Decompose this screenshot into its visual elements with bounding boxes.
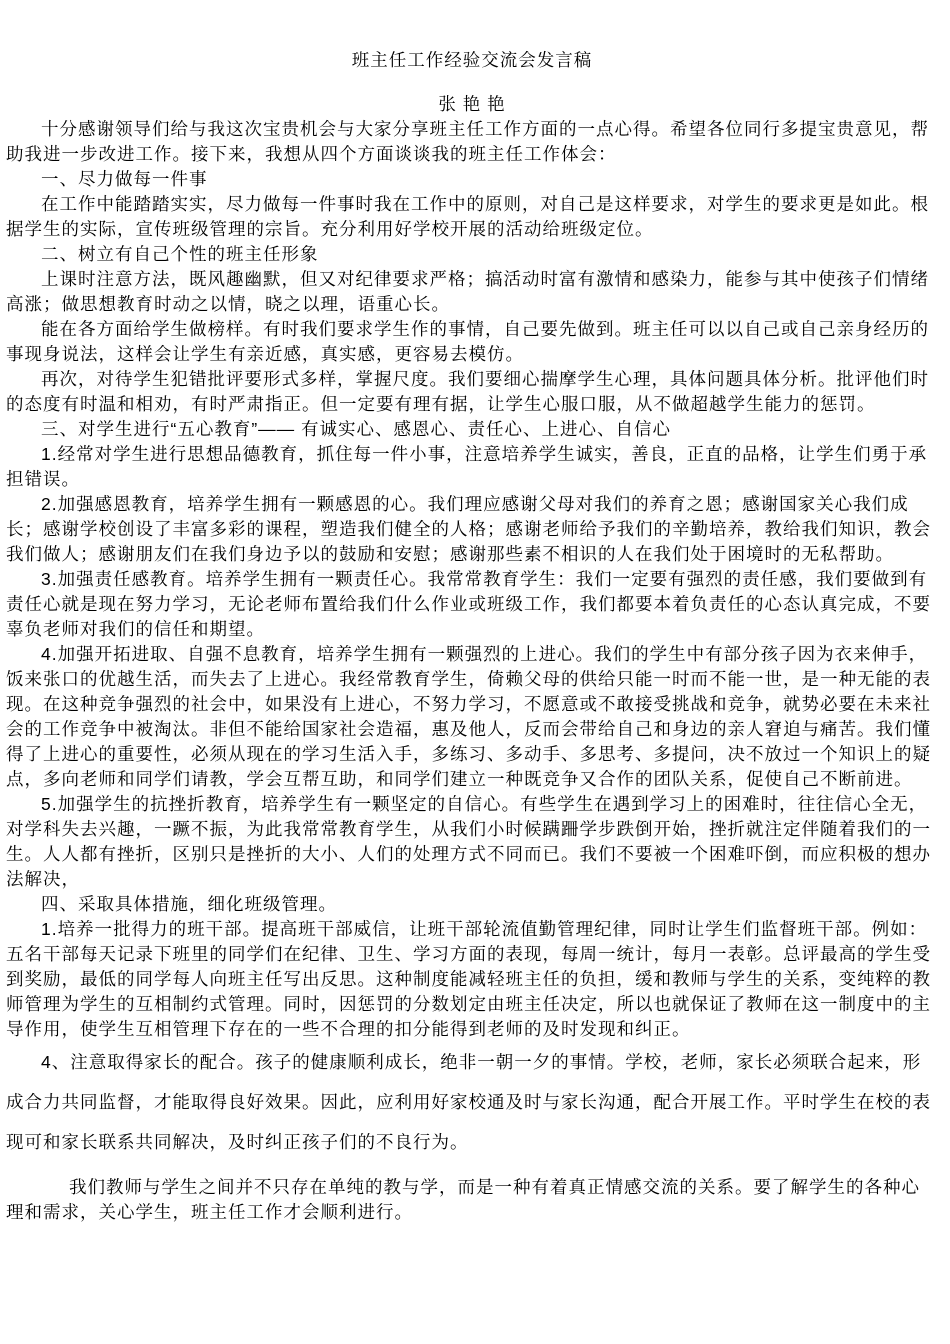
paragraph: 3.加强责任感教育。培养学生拥有一颗责任心。我常常教育学生：我们一定要有强烈的责… [6, 567, 938, 642]
section-heading-1: 一、尽力做每一件事 [6, 167, 938, 192]
paragraph: 1.经常对学生进行思想品德教育，抓住每一件小事，注意培养学生诚实，善良，正直的品… [6, 442, 938, 492]
paragraph: 能在各方面给学生做榜样。有时我们要求学生作的事情，自己要先做到。班主任可以以自己… [6, 317, 938, 367]
section-heading-3: 三、对学生进行“五心教育”—— 有诚实心、感恩心、责任心、上进心、自信心 [6, 417, 938, 442]
paragraph: 1.培养一批得力的班干部。提高班干部威信，让班干部轮流值勤管理纪律，同时让学生们… [6, 917, 938, 1042]
paragraph: 2.加强感恩教育，培养学生拥有一颗感恩的心。我们理应感谢父母对我们的养育之恩；感… [6, 492, 938, 567]
paragraph-closing: 我们教师与学生之间并不只存在单纯的教与学，而是一种有着真正情感交流的关系。要了解… [6, 1175, 938, 1225]
paragraph: 再次，对待学生犯错批评要形式多样，掌握尺度。我们要细心揣摩学生心理，具体问题具体… [6, 367, 938, 417]
section-heading-4: 四、采取具体措施，细化班级管理。 [6, 892, 938, 917]
document-author: 张 艳 艳 [6, 92, 938, 117]
paragraph: 上课时注意方法，既风趣幽默，但又对纪律要求严格；搞活动时富有激情和感染力，能参与… [6, 267, 938, 317]
paragraph-intro: 十分感谢领导们给与我这次宝贵机会与大家分享班主任工作方面的一点心得。希望各位同行… [6, 117, 938, 167]
document-title: 班主任工作经验交流会发言稿 [6, 48, 938, 73]
paragraph: 4、注意取得家长的配合。孩子的健康顺利成长，绝非一朝一夕的事情。学校，老师，家长… [6, 1042, 938, 1162]
paragraph: 5.加强学生的抗挫折教育，培养学生有一颗坚定的自信心。有些学生在遇到学习上的困难… [6, 792, 938, 892]
paragraph: 4.加强开拓进取、自强不息教育，培养学生拥有一颗强烈的上进心。我们的学生中有部分… [6, 642, 938, 792]
document-page: 班主任工作经验交流会发言稿 张 艳 艳 十分感谢领导们给与我这次宝贵机会与大家分… [0, 0, 950, 1225]
paragraph: 在工作中能踏踏实实，尽力做每一件事时我在工作中的原则，对自己是这样要求，对学生的… [6, 192, 938, 242]
section-heading-2: 二、树立有自己个性的班主任形象 [6, 242, 938, 267]
